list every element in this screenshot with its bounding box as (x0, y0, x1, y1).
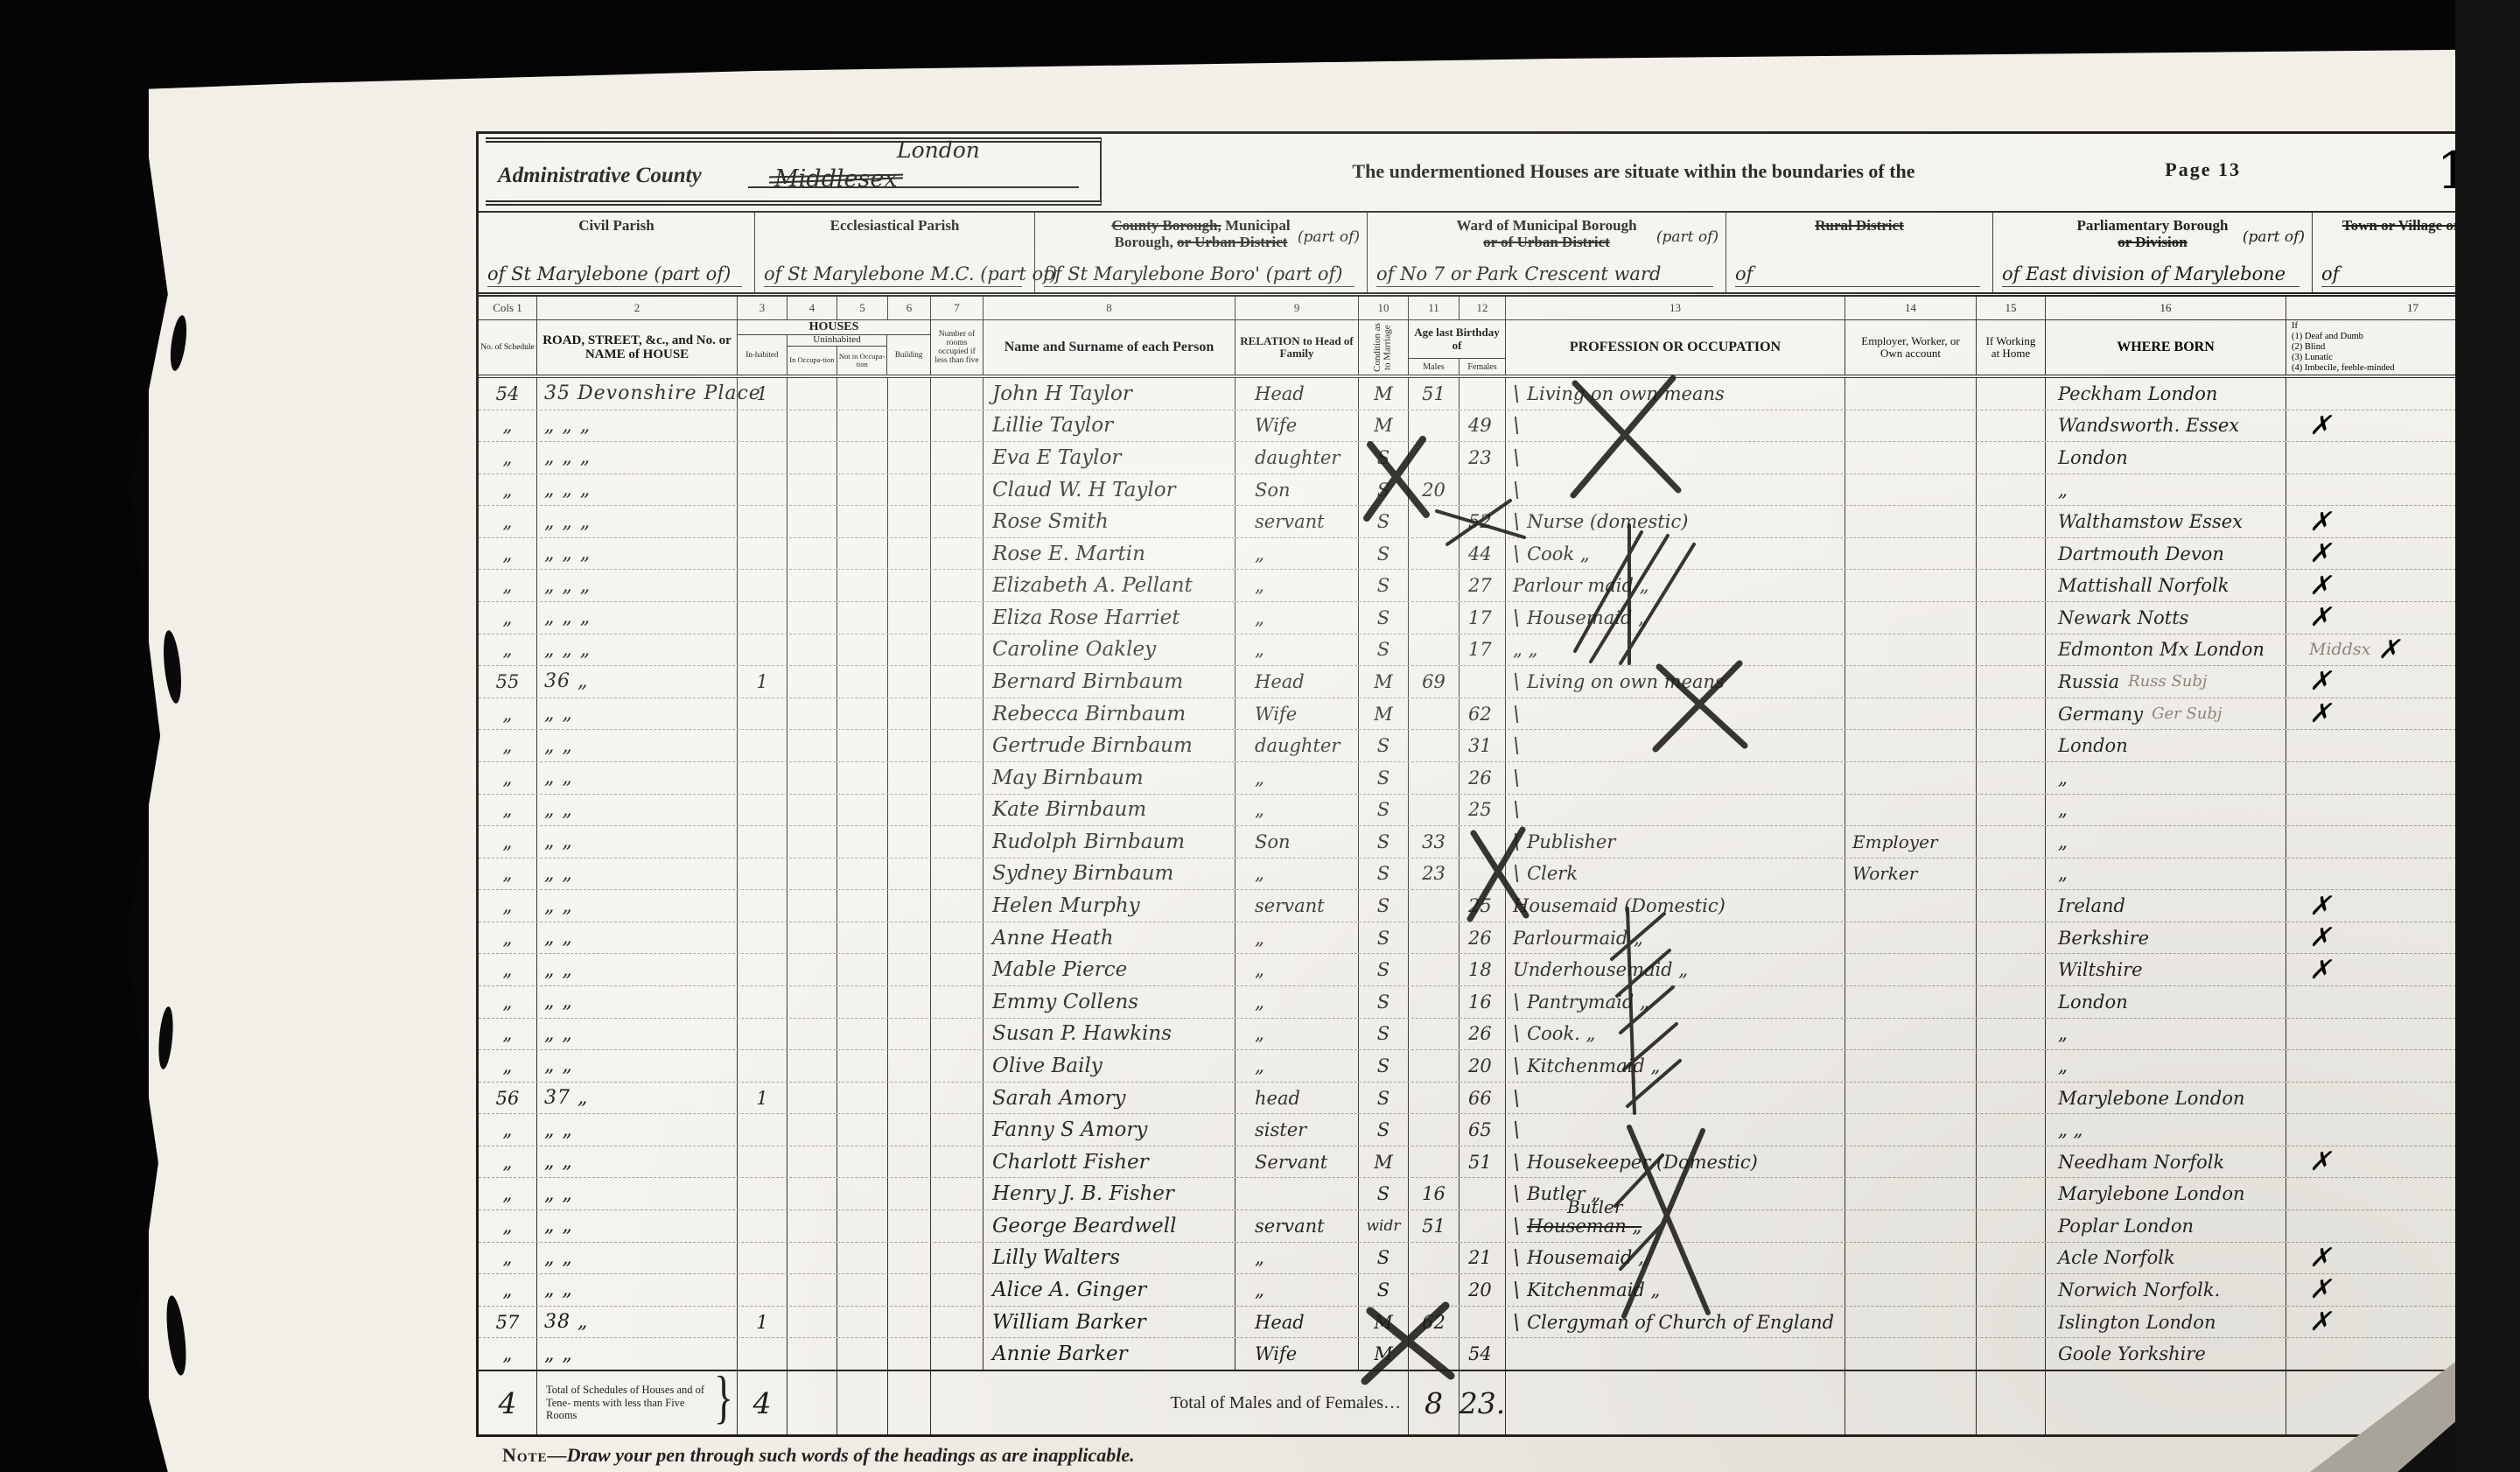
cell-where-born: „ (2046, 1050, 2286, 1082)
cell-age-male (1409, 890, 1459, 922)
cell-building (888, 666, 931, 697)
cell-where-born: Wandsworth. Essex (2046, 410, 2286, 442)
cell-uninhabited-in-occupation (787, 602, 837, 634)
header-relation: RELATION to Head of Family (1235, 320, 1359, 375)
cell-employer-worker (1845, 378, 1977, 410)
district-box: County Borough, MunicipalBorough, or Urb… (1035, 213, 1368, 292)
table-row: „„ „Olive Baily„S20\Kitchenmaid „„ (479, 1050, 2520, 1083)
cell-condition: S (1359, 922, 1409, 954)
table-row: „„ „Anne Heath„S26Parlourmaid „Berkshire… (479, 922, 2520, 955)
cell-age-female: 17 (1459, 634, 1506, 666)
cell-occupation: \Clerk (1506, 859, 1845, 890)
cell-working-at-home (1977, 442, 2046, 473)
cell-relation: „ (1235, 859, 1359, 890)
cell-inhabited (738, 474, 787, 506)
cell-relation: „ (1235, 1274, 1359, 1306)
cell-working-at-home (1977, 1338, 2046, 1370)
infirmity-cross-mark: ✗ (2309, 698, 2331, 729)
cell-age-female (1459, 666, 1506, 697)
enumerator-tick-mark: \ (1513, 1214, 1520, 1238)
header-infirmity-item3: (3) Lunatic (2292, 353, 2333, 363)
cell-uninhabited-in-occupation (787, 442, 837, 473)
cell-name: Rose E. Martin (983, 538, 1235, 570)
cell-working-at-home (1977, 826, 2046, 858)
cell-condition: S (1359, 859, 1409, 890)
cell-employer-worker: Employer (1845, 826, 1977, 858)
cell-uninhabited-not-occupied (837, 442, 888, 473)
cell-condition: S (1359, 1274, 1409, 1306)
table-row: „„ „Rebecca BirnbaumWifeM62\GermanyGer S… (479, 698, 2520, 731)
cell-rooms (931, 410, 983, 442)
totals-empty-c13 (1506, 1371, 1845, 1434)
cell-age-female: 25 (1459, 890, 1506, 922)
cell-rooms (931, 1050, 983, 1082)
cell-rooms (931, 1210, 983, 1242)
cell-building (888, 474, 931, 506)
cell-working-at-home (1977, 1178, 2046, 1209)
cell-schedule-number: „ (479, 922, 537, 954)
cell-working-at-home (1977, 859, 2046, 890)
header-in-occupation: In Occupa-tion (787, 347, 837, 375)
cell-uninhabited-not-occupied (837, 954, 888, 985)
cell-rooms (931, 506, 983, 537)
infirmity-cross-mark: ✗ (2309, 1146, 2331, 1177)
cell-rooms (931, 762, 983, 794)
cell-rooms (931, 1307, 983, 1338)
header-not-in-occupation: Not in Occupa-tion (837, 347, 886, 375)
totals-empty-c5 (837, 1371, 888, 1434)
cell-uninhabited-in-occupation (787, 986, 837, 1018)
enumerator-tick-mark: \ (1513, 382, 1520, 406)
cell-occupation: \Living on own means (1506, 378, 1845, 410)
cell-schedule-number: 54 (479, 378, 537, 410)
enumerator-tick-mark: \ (1513, 413, 1520, 438)
infirmity-cross-mark: ✗ (2309, 1307, 2331, 1337)
district-label: Civil Parish (479, 217, 754, 234)
cell-relation: daughter (1235, 442, 1359, 473)
totals-males-value: 8 (1409, 1371, 1459, 1434)
cell-name: Lillie Taylor (983, 410, 1235, 442)
cell-address: „ „ „ (537, 538, 738, 570)
enumerator-tick-mark: \ (1513, 1181, 1520, 1206)
cell-address: 36 „ (537, 666, 738, 697)
cell-uninhabited-not-occupied (837, 1307, 888, 1338)
cell-inhabited (738, 826, 787, 858)
cell-schedule-number: „ (479, 762, 537, 794)
cell-relation: Wife (1235, 410, 1359, 442)
cell-age-female: 31 (1459, 730, 1506, 761)
cell-uninhabited-not-occupied (837, 1274, 888, 1306)
cell-schedule-number: „ (479, 442, 537, 473)
column-number: 2 (537, 297, 738, 319)
cell-where-born: Edmonton Mx London (2046, 634, 2286, 666)
cell-address: „ „ (537, 698, 738, 730)
district-box: Ward of Municipal Boroughor of Urban Dis… (1368, 213, 1726, 292)
cell-employer-worker (1845, 538, 1977, 570)
table-row: „„ „Henry J. B. FisherS16\Butler „Maryle… (479, 1178, 2520, 1210)
cell-occupation: \Publisher (1506, 826, 1845, 858)
cell-inhabited: 1 (738, 666, 787, 697)
cell-age-male: 33 (1409, 826, 1459, 858)
column-number: 3 (738, 297, 787, 319)
cell-condition: S (1359, 986, 1409, 1018)
cell-schedule-number: „ (479, 1019, 537, 1050)
cell-condition: S (1359, 634, 1409, 666)
infirmity-cross-mark: ✗ (2309, 1243, 2331, 1273)
cell-where-born: „ (2046, 1019, 2286, 1050)
cell-occupation: Housemaid (Domestic) (1506, 890, 1845, 922)
cell-address: „ „ (537, 1210, 738, 1242)
cell-age-female: 18 (1459, 954, 1506, 985)
cell-age-female: 52 (1459, 506, 1506, 537)
cell-age-male (1409, 1114, 1459, 1146)
cell-uninhabited-in-occupation (787, 1050, 837, 1082)
cell-condition: S (1359, 538, 1409, 570)
cell-uninhabited-in-occupation (787, 506, 837, 537)
cell-age-female (1459, 474, 1506, 506)
cell-uninhabited-not-occupied (837, 1146, 888, 1178)
cell-occupation: \Housemaid „ (1506, 602, 1845, 634)
cell-uninhabited-not-occupied (837, 762, 888, 794)
cell-employer-worker: Worker (1845, 859, 1977, 890)
enumerator-tick-mark: \ (1513, 1150, 1520, 1174)
cell-condition: M (1359, 666, 1409, 697)
occupation-correction: Butler (1567, 1196, 1622, 1217)
cell-uninhabited-not-occupied (837, 730, 888, 761)
cell-uninhabited-in-occupation (787, 666, 837, 697)
cell-occupation: „ „ (1506, 634, 1845, 666)
cell-rooms (931, 698, 983, 730)
cell-inhabited (738, 1114, 787, 1146)
table-row: „„ „Charlott FisherServantM51\Housekeepe… (479, 1146, 2520, 1179)
cell-condition: S (1359, 442, 1409, 473)
cell-age-male: 20 (1409, 474, 1459, 506)
table-row: „„ „ „Rose E. Martin„S44\Cook „Dartmouth… (479, 538, 2520, 571)
cell-name: Sydney Birnbaum (983, 859, 1235, 890)
cell-age-female (1459, 378, 1506, 410)
cell-name: Rebecca Birnbaum (983, 698, 1235, 730)
table-row: „„ „May Birnbaum„S26\„ (479, 762, 2520, 795)
cell-schedule-number: „ (479, 570, 537, 601)
column-number: Cols 1 (479, 297, 537, 319)
cell-relation: „ (1235, 1243, 1359, 1274)
infirmity-cross-mark: ✗ (2309, 507, 2331, 537)
cell-occupation: \Houseman „Butler (1506, 1210, 1845, 1242)
cell-age-male: 51 (1409, 1210, 1459, 1242)
cell-age-female: 49 (1459, 410, 1506, 442)
cell-age-male (1409, 1243, 1459, 1274)
cell-uninhabited-not-occupied (837, 826, 888, 858)
cell-working-at-home (1977, 698, 2046, 730)
cell-address: „ „ (537, 730, 738, 761)
cell-employer-worker (1845, 442, 1977, 473)
cell-uninhabited-not-occupied (837, 1243, 888, 1274)
district-handwritten-note: (part of) (2243, 228, 2305, 246)
cell-rooms (931, 666, 983, 697)
admin-county-band: Administrative County Middlesex London T… (479, 134, 2520, 213)
header-houses-label: HOUSES (738, 320, 930, 335)
cell-age-male (1409, 1019, 1459, 1050)
table-row: „„ „Sydney Birnbaum„S23\ClerkWorker„ (479, 859, 2520, 891)
cell-condition: S (1359, 762, 1409, 794)
cell-employer-worker (1845, 1178, 1977, 1209)
cell-where-born: „ „ (2046, 1114, 2286, 1146)
enumerator-tick-mark: \ (1513, 1086, 1520, 1111)
census-table: Administrative County Middlesex London T… (476, 131, 2520, 1437)
cell-age-male (1409, 730, 1459, 761)
cell-name: Caroline Oakley (983, 634, 1235, 666)
cell-occupation: \ (1506, 698, 1845, 730)
cell-relation: Son (1235, 826, 1359, 858)
cell-address: „ „ „ (537, 602, 738, 634)
cell-working-at-home (1977, 1114, 2046, 1146)
cell-inhabited (738, 1019, 787, 1050)
cell-address: „ „ „ (537, 442, 738, 473)
cell-name: Gertrude Birnbaum (983, 730, 1235, 761)
header-condition-label: Condition as to Marriage (1373, 320, 1393, 375)
cell-relation: „ (1235, 602, 1359, 634)
cell-schedule-number: „ (479, 1050, 537, 1082)
cell-employer-worker (1845, 1307, 1977, 1338)
cell-uninhabited-in-occupation (787, 1274, 837, 1306)
cell-age-female (1459, 826, 1506, 858)
totals-empty-c15 (1977, 1371, 2046, 1434)
header-infirmity-item2: (2) Blind (2292, 342, 2325, 353)
cell-where-born: „ (2046, 859, 2286, 890)
cell-name: Mable Pierce (983, 954, 1235, 985)
cell-relation: „ (1235, 570, 1359, 601)
totals-empty-c6 (888, 1371, 931, 1434)
cell-employer-worker (1845, 1050, 1977, 1082)
cell-building (888, 1307, 931, 1338)
cell-age-male (1409, 410, 1459, 442)
cell-uninhabited-not-occupied (837, 698, 888, 730)
enumerator-tick-mark: \ (1513, 478, 1520, 502)
cell-relation: sister (1235, 1114, 1359, 1146)
cell-employer-worker (1845, 1019, 1977, 1050)
cell-age-female (1459, 1178, 1506, 1209)
cell-where-born: Ireland (2046, 890, 2286, 922)
cell-working-at-home (1977, 634, 2046, 666)
enumerator-tick-mark: \ (1513, 990, 1520, 1014)
cell-building (888, 890, 931, 922)
cell-building (888, 1050, 931, 1082)
cell-relation: Wife (1235, 1338, 1359, 1370)
cell-uninhabited-not-occupied (837, 1019, 888, 1050)
infirmity-cross-mark: ✗ (2309, 666, 2331, 697)
cell-condition: S (1359, 890, 1409, 922)
cell-building (888, 1114, 931, 1146)
cell-schedule-number: 55 (479, 666, 537, 697)
cell-schedule-number: „ (479, 1243, 537, 1274)
census-scan-page: { "page": { "admin_label": "Administrati… (0, 0, 2520, 1472)
cell-schedule-number: „ (479, 1178, 537, 1209)
cell-uninhabited-in-occupation (787, 1083, 837, 1114)
cell-occupation: \ (1506, 442, 1845, 473)
cell-building (888, 570, 931, 601)
header-where-born-label: WHERE BORN (2117, 340, 2215, 354)
cell-address: „ „ (537, 922, 738, 954)
header-condition: Condition as to Marriage (1359, 320, 1409, 375)
cell-occupation: \Butler „ (1506, 1178, 1845, 1209)
cell-uninhabited-not-occupied (837, 1210, 888, 1242)
cell-occupation: \Cook. „ (1506, 1019, 1845, 1050)
infirmity-cross-mark: ✗ (2309, 891, 2331, 922)
cell-working-at-home (1977, 1146, 2046, 1178)
cell-inhabited: 1 (738, 1083, 787, 1114)
cell-relation (1235, 1178, 1359, 1209)
cell-occupation: \ (1506, 410, 1845, 442)
enumerator-tick-mark: \ (1513, 1278, 1520, 1302)
district-label: Rural District (1726, 217, 1992, 234)
cell-rooms (931, 1019, 983, 1050)
scan-right-edge (2455, 0, 2520, 1472)
cell-schedule-number: „ (479, 634, 537, 666)
cell-employer-worker (1845, 1210, 1977, 1242)
cell-employer-worker (1845, 570, 1977, 601)
cell-name: Sarah Amory (983, 1083, 1235, 1114)
cell-condition: widr (1359, 1210, 1409, 1242)
cell-address: „ „ „ (537, 506, 738, 537)
cell-uninhabited-not-occupied (837, 1178, 888, 1209)
totals-inhabited-value: 4 (738, 1371, 787, 1434)
cell-employer-worker (1845, 1114, 1977, 1146)
cell-uninhabited-in-occupation (787, 634, 837, 666)
cell-rooms (931, 602, 983, 634)
totals-band: 4 Total of Schedules of Houses and of Te… (479, 1370, 2520, 1434)
footer-note-text: —Draw your pen through such words of the… (548, 1444, 1135, 1466)
cell-age-female: 23 (1459, 442, 1506, 473)
cell-relation: Wife (1235, 698, 1359, 730)
admin-county-written-value: London (897, 137, 980, 163)
cell-rooms (931, 795, 983, 826)
table-row: „„ „Annie BarkerWifeM54Goole Yorkshire (479, 1338, 2520, 1370)
infirmity-cross-mark: ✗ (2309, 922, 2331, 953)
cell-relation: Servant (1235, 1146, 1359, 1178)
table-row: „„ „George Beardwellservantwidr51\Housem… (479, 1210, 2520, 1243)
infirmity-cross-mark: ✗ (2309, 1274, 2331, 1305)
cell-condition: M (1359, 1307, 1409, 1338)
header-working-at-home-label: If Working at Home (1977, 335, 2045, 360)
cell-building (888, 762, 931, 794)
cell-working-at-home (1977, 602, 2046, 634)
cell-condition: S (1359, 1114, 1409, 1146)
cell-address: 38 „ (537, 1307, 738, 1338)
cell-inhabited (738, 1274, 787, 1306)
district-handwritten-value: of East division of Marylebone (2002, 263, 2299, 287)
cell-employer-worker (1845, 410, 1977, 442)
district-label: Ecclesiastical Parish (755, 217, 1034, 234)
cell-schedule-number: „ (479, 506, 537, 537)
cell-uninhabited-not-occupied (837, 1050, 888, 1082)
cell-working-at-home (1977, 1210, 2046, 1242)
table-row: „„ „ „Claud W. H TaylorSonS20\„ (479, 474, 2520, 507)
cell-address: „ „ (537, 1114, 738, 1146)
cell-employer-worker (1845, 1083, 1977, 1114)
cell-name: George Beardwell (983, 1210, 1235, 1242)
cell-age-male: 23 (1409, 859, 1459, 890)
cell-name: Susan P. Hawkins (983, 1019, 1235, 1050)
cell-where-born: Wiltshire (2046, 954, 2286, 985)
cell-age-female: 65 (1459, 1114, 1506, 1146)
cell-occupation: \Cook „ (1506, 538, 1845, 570)
table-row: „„ „Susan P. Hawkins„S26\Cook. „„ (479, 1019, 2520, 1051)
cell-occupation: \Clergyman of Church of England (1506, 1307, 1845, 1338)
cell-where-born: Marylebone London (2046, 1083, 2286, 1114)
cell-relation: Head (1235, 666, 1359, 697)
cell-rooms (931, 986, 983, 1018)
cell-address: „ „ (537, 954, 738, 985)
cell-where-born: Poplar London (2046, 1210, 2286, 1242)
cell-uninhabited-in-occupation (787, 698, 837, 730)
cell-uninhabited-not-occupied (837, 1083, 888, 1114)
totals-females-value: 23. (1459, 1371, 1506, 1434)
cell-where-born: London (2046, 442, 2286, 473)
cell-age-male: 62 (1409, 1307, 1459, 1338)
column-number: 5 (837, 297, 888, 319)
cell-uninhabited-not-occupied (837, 538, 888, 570)
cell-age-female: 44 (1459, 538, 1506, 570)
infirmity-cross-mark: ✗ (2309, 410, 2331, 441)
page-title: The undermentioned Houses are situate wi… (1152, 160, 2115, 183)
cell-condition: S (1359, 795, 1409, 826)
header-uninhabited-label: Uninhabited (787, 335, 886, 347)
header-age-females: Females (1459, 359, 1505, 375)
cell-inhabited (738, 1146, 787, 1178)
infirmity-cross-mark: ✗ (2309, 571, 2331, 601)
cell-working-at-home (1977, 474, 2046, 506)
enumerator-tick-mark: \ (1513, 702, 1520, 726)
cell-relation: „ (1235, 538, 1359, 570)
cell-name: Annie Barker (983, 1338, 1235, 1370)
cell-age-female: 54 (1459, 1338, 1506, 1370)
column-number: 12 (1459, 297, 1506, 319)
cell-condition: S (1359, 1178, 1409, 1209)
infirmity-cross-mark: ✗ (2309, 602, 2331, 633)
cell-where-born: Acle Norfolk (2046, 1243, 2286, 1274)
cell-working-at-home (1977, 795, 2046, 826)
cell-inhabited: 1 (738, 1307, 787, 1338)
totals-empty-c16 (2046, 1371, 2286, 1434)
cell-uninhabited-in-occupation (787, 570, 837, 601)
cell-condition: M (1359, 410, 1409, 442)
column-number: 7 (931, 297, 983, 319)
cell-building (888, 634, 931, 666)
cell-condition: S (1359, 954, 1409, 985)
cell-name: Alice A. Ginger (983, 1274, 1235, 1306)
cell-name: Claud W. H Taylor (983, 474, 1235, 506)
cell-rooms (931, 1178, 983, 1209)
pencil-annotation: Russ Subj (2128, 672, 2207, 690)
cell-working-at-home (1977, 506, 2046, 537)
cell-relation: Son (1235, 474, 1359, 506)
cell-schedule-number: „ (479, 1274, 537, 1306)
cell-address: „ „ „ (537, 410, 738, 442)
cell-schedule-number: „ (479, 954, 537, 985)
header-employer: Employer, Worker, or Own account (1845, 320, 1977, 375)
cell-age-male (1409, 762, 1459, 794)
cell-occupation: \ (1506, 795, 1845, 826)
cell-name: Bernard Birnbaum (983, 666, 1235, 697)
cell-age-male (1409, 1274, 1459, 1306)
table-row: „„ „Kate Birnbaum„S25\„ (479, 795, 2520, 827)
cell-relation: „ (1235, 954, 1359, 985)
cell-rooms (931, 826, 983, 858)
cell-occupation: \ (1506, 762, 1845, 794)
district-box: Rural Districtof (1726, 213, 1993, 292)
cell-relation: „ (1235, 922, 1359, 954)
cell-condition: S (1359, 826, 1409, 858)
